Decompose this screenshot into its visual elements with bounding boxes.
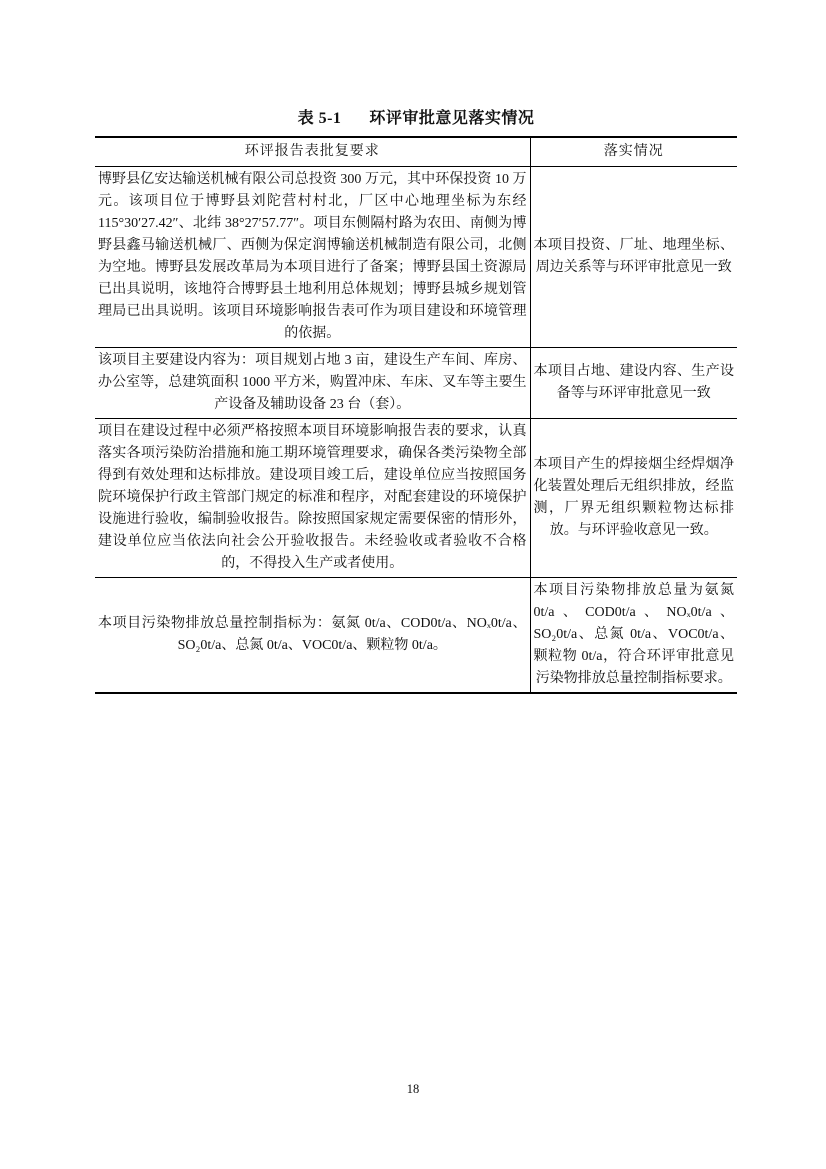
requirement-cell: 项目在建设过程中必须严格按照本项目环境影响报告表的要求，认真落实各项污染防治措施… bbox=[95, 419, 530, 578]
table-header-row: 环评报告表批复要求 落实情况 bbox=[95, 137, 737, 167]
table-row: 博野县亿安达输送机械有限公司总投资 300 万元，其中环保投资 10 万元。该项… bbox=[95, 167, 737, 348]
table-title: 环评审批意见落实情况 bbox=[369, 110, 534, 127]
document-content: 表 5-1环评审批意见落实情况 环评报告表批复要求 落实情况 博野县亿安达输送机… bbox=[95, 109, 737, 694]
requirement-cell: 本项目污染物排放总量控制指标为：氨氮 0t/a、COD0t/a、NOₓ0t/a、… bbox=[95, 578, 530, 694]
table-row: 项目在建设过程中必须严格按照本项目环境影响报告表的要求，认真落实各项污染防治措施… bbox=[95, 419, 737, 578]
page-number: 18 bbox=[0, 1081, 826, 1097]
column-header-implementation: 落实情况 bbox=[530, 137, 737, 167]
column-header-requirement: 环评报告表批复要求 bbox=[95, 137, 530, 167]
table-caption: 表 5-1环评审批意见落实情况 bbox=[95, 109, 737, 129]
requirement-cell: 该项目主要建设内容为：项目规划占地 3 亩，建设生产车间、库房、办公室等，总建筑… bbox=[95, 348, 530, 419]
eia-approval-table: 环评报告表批复要求 落实情况 博野县亿安达输送机械有限公司总投资 300 万元，… bbox=[95, 136, 737, 694]
implementation-cell: 本项目投资、厂址、地理坐标、周边关系等与环评审批意见一致 bbox=[530, 167, 737, 348]
implementation-cell: 本项目占地、建设内容、生产设备等与环评审批意见一致 bbox=[530, 348, 737, 419]
requirement-cell: 博野县亿安达输送机械有限公司总投资 300 万元，其中环保投资 10 万元。该项… bbox=[95, 167, 530, 348]
implementation-cell: 本项目污染物排放总量为氨氮 0t/a、COD0t/a、NOₓ0t/a、SO₂0t… bbox=[530, 578, 737, 694]
table-row: 该项目主要建设内容为：项目规划占地 3 亩，建设生产车间、库房、办公室等，总建筑… bbox=[95, 348, 737, 419]
implementation-cell: 本项目产生的焊接烟尘经焊烟净化装置处理后无组织排放，经监测，厂界无组织颗粒物达标… bbox=[530, 419, 737, 578]
table-number-label: 表 5-1 bbox=[298, 110, 342, 127]
table-row: 本项目污染物排放总量控制指标为：氨氮 0t/a、COD0t/a、NOₓ0t/a、… bbox=[95, 578, 737, 694]
document-page: 表 5-1环评审批意见落实情况 环评报告表批复要求 落实情况 博野县亿安达输送机… bbox=[0, 0, 826, 1169]
